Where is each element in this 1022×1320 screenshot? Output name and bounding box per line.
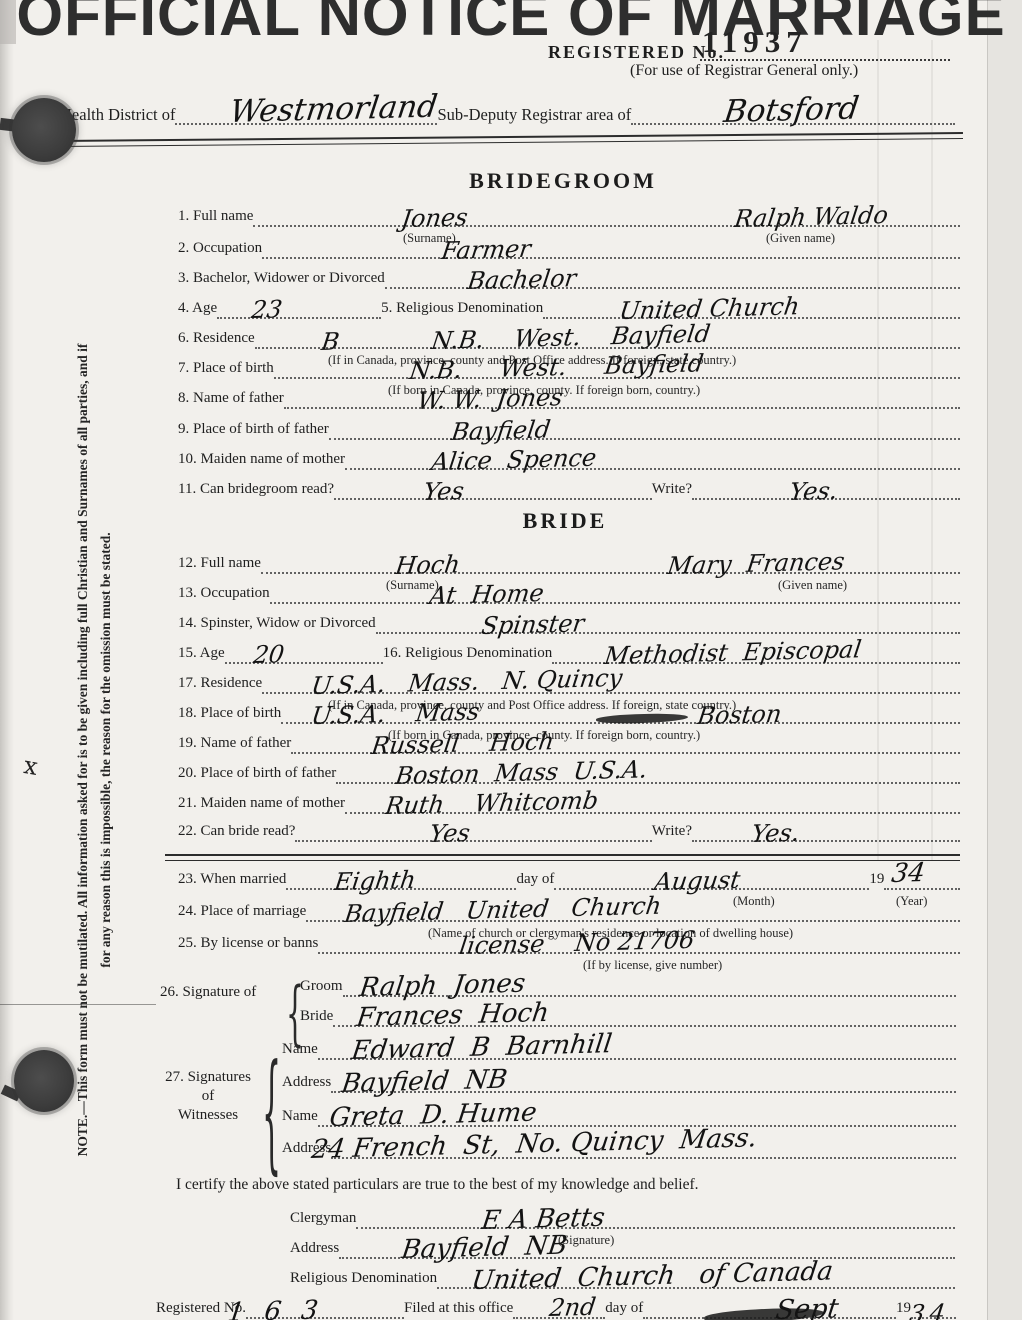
field-groom-mother: 10. Maiden name of mother Alice Spence bbox=[178, 451, 960, 473]
field-witness1-name: Name Edward B Barnhill bbox=[282, 1041, 956, 1063]
handwritten-value: Farmer bbox=[440, 237, 532, 263]
field-groom-marital-status: 3. Bachelor, Widower or Divorced Bachelo… bbox=[178, 270, 960, 292]
field-bride-full-name: 12. Full name Hoch Mary Frances (Surname… bbox=[178, 555, 960, 577]
field-groom-occupation: 2. Occupation Farmer bbox=[178, 240, 960, 262]
bridegroom-heading: BRIDEGROOM bbox=[469, 168, 657, 194]
field-groom-father-birthplace: 9. Place of birth of father Bayfield bbox=[178, 421, 960, 443]
year-prefix: 19 bbox=[869, 871, 884, 888]
field-label: 9. Place of birth of father bbox=[178, 421, 329, 438]
witnesses-label: 27. Signatures of Witnesses bbox=[150, 1068, 266, 1124]
field-bride-age-religion: 15. Age 16. Religious Denomination 20 Me… bbox=[178, 645, 960, 667]
scan-edge-left bbox=[0, 0, 14, 1320]
handwritten-month: August bbox=[653, 868, 742, 894]
dotted-leader bbox=[356, 1226, 955, 1229]
field-label: 18. Place of birth bbox=[178, 705, 281, 722]
field-witness2-address: Address 24 French St, No. Quincy Mass. bbox=[282, 1140, 956, 1162]
handwritten-clergyman-signature: E A Betts bbox=[480, 1205, 606, 1234]
handwritten-bride-signature: Frances Hoch bbox=[355, 1000, 551, 1031]
dotted-leader bbox=[262, 256, 960, 259]
section-rule bbox=[165, 854, 960, 861]
handwritten-value: N.B. West. Bayfield bbox=[408, 351, 705, 383]
field-groom-father: 8. Name of father W. W. Jones bbox=[178, 390, 960, 412]
handwritten-filed-month: Sept bbox=[774, 1295, 840, 1320]
handwritten-witness1-address: Bayfield NB bbox=[340, 1067, 509, 1097]
field-bride-marital-status: 14. Spinster, Widow or Divorced Spinster bbox=[178, 615, 960, 637]
license-caption: (If by license, give number) bbox=[583, 958, 722, 973]
handwritten-value: Boston Mass U.S.A. bbox=[394, 757, 649, 788]
handwritten-given-name: Mary Frances bbox=[666, 549, 846, 578]
handwritten-value: At Home bbox=[428, 581, 545, 608]
field-groom-birthplace: 7. Place of birth N.B. West. Bayfield (I… bbox=[178, 360, 960, 382]
handwritten-year: 34 bbox=[890, 860, 927, 887]
field-groom-full-name: 1. Full name Jones Ralph Waldo (Surname)… bbox=[178, 208, 960, 230]
fastener-top bbox=[12, 98, 76, 162]
field-witness1-address: Address Bayfield NB bbox=[282, 1074, 956, 1096]
field-bride-father: 19. Name of father Russell Hoch bbox=[178, 735, 960, 757]
groom-label: Groom bbox=[300, 978, 343, 995]
handwritten-value: Alice Spence bbox=[430, 446, 598, 474]
write-label: Write? bbox=[652, 823, 692, 840]
signature-of-label: 26. Signature of bbox=[160, 984, 256, 1001]
dotted-leader bbox=[261, 571, 960, 574]
dotted-leader bbox=[217, 316, 381, 319]
dotted-leader bbox=[284, 406, 960, 409]
field-groom-signature: Groom Ralph Jones bbox=[300, 978, 956, 1000]
handwritten-groom-signature: Ralph Jones bbox=[358, 971, 527, 1001]
field-label: 21. Maiden name of mother bbox=[178, 795, 345, 812]
fastener-bottom bbox=[14, 1050, 74, 1112]
field-label: 11. Can bridegroom read? bbox=[178, 481, 334, 498]
field-label: 20. Place of birth of father bbox=[178, 765, 336, 782]
handwritten-surname: Hoch bbox=[394, 552, 461, 578]
day-of-label: day of bbox=[516, 871, 554, 888]
field-health-district: Health District of Sub-Deputy Registrar … bbox=[60, 106, 955, 128]
field-label: 7. Place of birth bbox=[178, 360, 274, 377]
field-label: 6. Residence bbox=[178, 330, 255, 347]
handwritten-value-2: Boston bbox=[696, 702, 783, 728]
handwritten-value: Ruth Whitcomb bbox=[384, 788, 600, 818]
field-label: 12. Full name bbox=[178, 555, 261, 572]
handwritten-value: Spinster bbox=[480, 611, 586, 638]
field-bride-occupation: 13. Occupation At Home bbox=[178, 585, 960, 607]
day-of-label: day of bbox=[605, 1300, 643, 1317]
field-when-married: 23. When married day of 19 Eighth August… bbox=[178, 871, 960, 893]
field-filing: Registered No. Filed at this office day … bbox=[156, 1300, 956, 1320]
field-label: 19. Name of father bbox=[178, 735, 291, 752]
handwritten-value: Bachelor bbox=[466, 266, 578, 293]
handwritten-value: Bayfield bbox=[450, 417, 552, 444]
handwritten-clergyman-address: Bayfield NB bbox=[400, 1233, 569, 1263]
field-label: 1. Full name bbox=[178, 208, 253, 225]
registered-no-value: 11937 bbox=[702, 24, 808, 60]
handwritten-read: Yes bbox=[428, 821, 471, 846]
field-label: 4. Age bbox=[178, 300, 217, 317]
field-label: 24. Place of marriage bbox=[178, 903, 306, 920]
clergyman-label: Clergyman bbox=[290, 1210, 356, 1227]
handwritten-district: Westmorland bbox=[228, 91, 439, 128]
scan-smudge bbox=[0, 0, 16, 44]
field-clergyman: Clergyman E A Betts (Signature) bbox=[290, 1210, 955, 1232]
field-label: 22. Can bride read? bbox=[178, 823, 295, 840]
handwritten-value: U.S.A. Mass bbox=[310, 700, 481, 728]
field-label: Sub-Deputy Registrar area of bbox=[437, 106, 631, 124]
handwritten-filed-day: 2nd bbox=[548, 1295, 597, 1320]
brace: { bbox=[286, 972, 304, 1055]
field-groom-age-religion: 4. Age 5. Religious Denomination 23 Unit… bbox=[178, 300, 960, 322]
field-bride-mother: 21. Maiden name of mother Ruth Whitcomb bbox=[178, 795, 960, 817]
field-label: 13. Occupation bbox=[178, 585, 270, 602]
field-license-or-banns: 25. By license or banns license No 21706… bbox=[178, 935, 960, 957]
field-bride-literacy: 22. Can bride read? Write? Yes Yes. bbox=[178, 823, 960, 845]
handwritten-value: W. W. Jones bbox=[416, 385, 564, 413]
handwritten-given-name: Ralph Waldo bbox=[733, 203, 890, 231]
field-clergyman-address: Address Bayfield NB bbox=[290, 1240, 955, 1262]
field-groom-residence: 6. Residence B N.B. West. Bayfield (If i… bbox=[178, 330, 960, 352]
handwritten-value: N.B. West. Bayfield bbox=[430, 322, 712, 353]
bride-label: Bride bbox=[300, 1008, 333, 1025]
field-place-of-marriage: 24. Place of marriage Bayfield United Ch… bbox=[178, 903, 960, 925]
field-bride-father-birthplace: 20. Place of birth of father Boston Mass… bbox=[178, 765, 960, 787]
dotted-leader bbox=[329, 437, 960, 440]
dotted-leader bbox=[270, 601, 960, 604]
address-label: Address bbox=[282, 1074, 331, 1091]
handwritten-surname: Jones bbox=[400, 205, 469, 231]
field-label: 15. Age bbox=[178, 645, 225, 662]
dotted-leader bbox=[295, 839, 651, 842]
field-clergyman-denomination: Religious Denomination United Church of … bbox=[290, 1270, 955, 1292]
handwritten-witness2-name: Greta D. Hume bbox=[328, 1099, 538, 1131]
dotted-leader bbox=[376, 631, 960, 634]
field-label: 5. Religious Denomination bbox=[381, 300, 543, 317]
handwritten-registrar-area: Botsford bbox=[722, 93, 861, 128]
side-note: NOTE.—This form must not be mutilated. A… bbox=[72, 335, 128, 1165]
handwritten-age: 23 bbox=[250, 297, 284, 322]
field-bride-signature: Bride Frances Hoch bbox=[300, 1008, 956, 1030]
handwritten-filed-year: 34 bbox=[908, 1301, 952, 1320]
marriage-notice-document: OFFICIAL NOTICE OF MARRIAGE REGISTERED N… bbox=[0, 0, 1022, 1320]
field-label: Health District of bbox=[60, 106, 175, 124]
scan-edge-right bbox=[987, 0, 1022, 1320]
field-groom-literacy: 11. Can bridegroom read? Write? Yes Yes. bbox=[178, 481, 960, 503]
x-mark: x bbox=[22, 751, 40, 781]
name-label: Name bbox=[282, 1108, 318, 1125]
filed-label: Filed at this office bbox=[404, 1300, 513, 1317]
handwritten-religion: Methodist Episcopal bbox=[603, 637, 863, 668]
field-label: 3. Bachelor, Widower or Divorced bbox=[178, 270, 385, 287]
field-label: 16. Religious Denomination bbox=[383, 645, 553, 662]
dotted-leader bbox=[334, 497, 652, 500]
dotted-leader bbox=[692, 839, 960, 842]
page-title: OFFICIAL NOTICE OF MARRIAGE bbox=[16, 0, 1005, 45]
address-label: Address bbox=[290, 1240, 339, 1257]
handwritten-write: Yes. bbox=[750, 821, 801, 846]
handwritten-value: Russell Hoch bbox=[370, 729, 556, 758]
registrar-note: (For use of Registrar General only.) bbox=[630, 62, 858, 80]
dotted-leader bbox=[225, 661, 383, 664]
field-label: 2. Occupation bbox=[178, 240, 262, 257]
denomination-label: Religious Denomination bbox=[290, 1270, 437, 1287]
handwritten-day: Eighth bbox=[333, 868, 417, 894]
write-label: Write? bbox=[652, 481, 692, 498]
dotted-leader bbox=[700, 59, 950, 61]
certification-statement: I certify the above stated particulars a… bbox=[176, 1176, 699, 1194]
field-label: 14. Spinster, Widow or Divorced bbox=[178, 615, 376, 632]
handwritten-stray-letter: B bbox=[320, 329, 341, 354]
handwritten-witness1-name: Edward B Barnhill bbox=[350, 1031, 613, 1064]
field-bride-residence: 17. Residence U.S.A. Mass. N. Quincy (If… bbox=[178, 675, 960, 697]
field-bride-birthplace: 18. Place of birth U.S.A. Mass Boston (I… bbox=[178, 705, 960, 727]
field-label: 17. Residence bbox=[178, 675, 262, 692]
brace: { bbox=[262, 1040, 281, 1191]
field-label: 10. Maiden name of mother bbox=[178, 451, 345, 468]
field-label: 25. By license or banns bbox=[178, 935, 318, 952]
registered-no-label: REGISTERED No. bbox=[548, 42, 725, 63]
handwritten-write: Yes. bbox=[788, 479, 839, 504]
bride-heading: BRIDE bbox=[523, 508, 608, 534]
handwritten-value: license No 21706 bbox=[458, 928, 696, 958]
handwritten-read: Yes bbox=[422, 479, 465, 504]
handwritten-age: 20 bbox=[252, 642, 286, 667]
handwritten-registered-no: 1 6 3 bbox=[226, 1297, 326, 1320]
field-label: 23. When married bbox=[178, 871, 286, 888]
field-label: 8. Name of father bbox=[178, 390, 284, 407]
header-rule bbox=[58, 132, 963, 147]
